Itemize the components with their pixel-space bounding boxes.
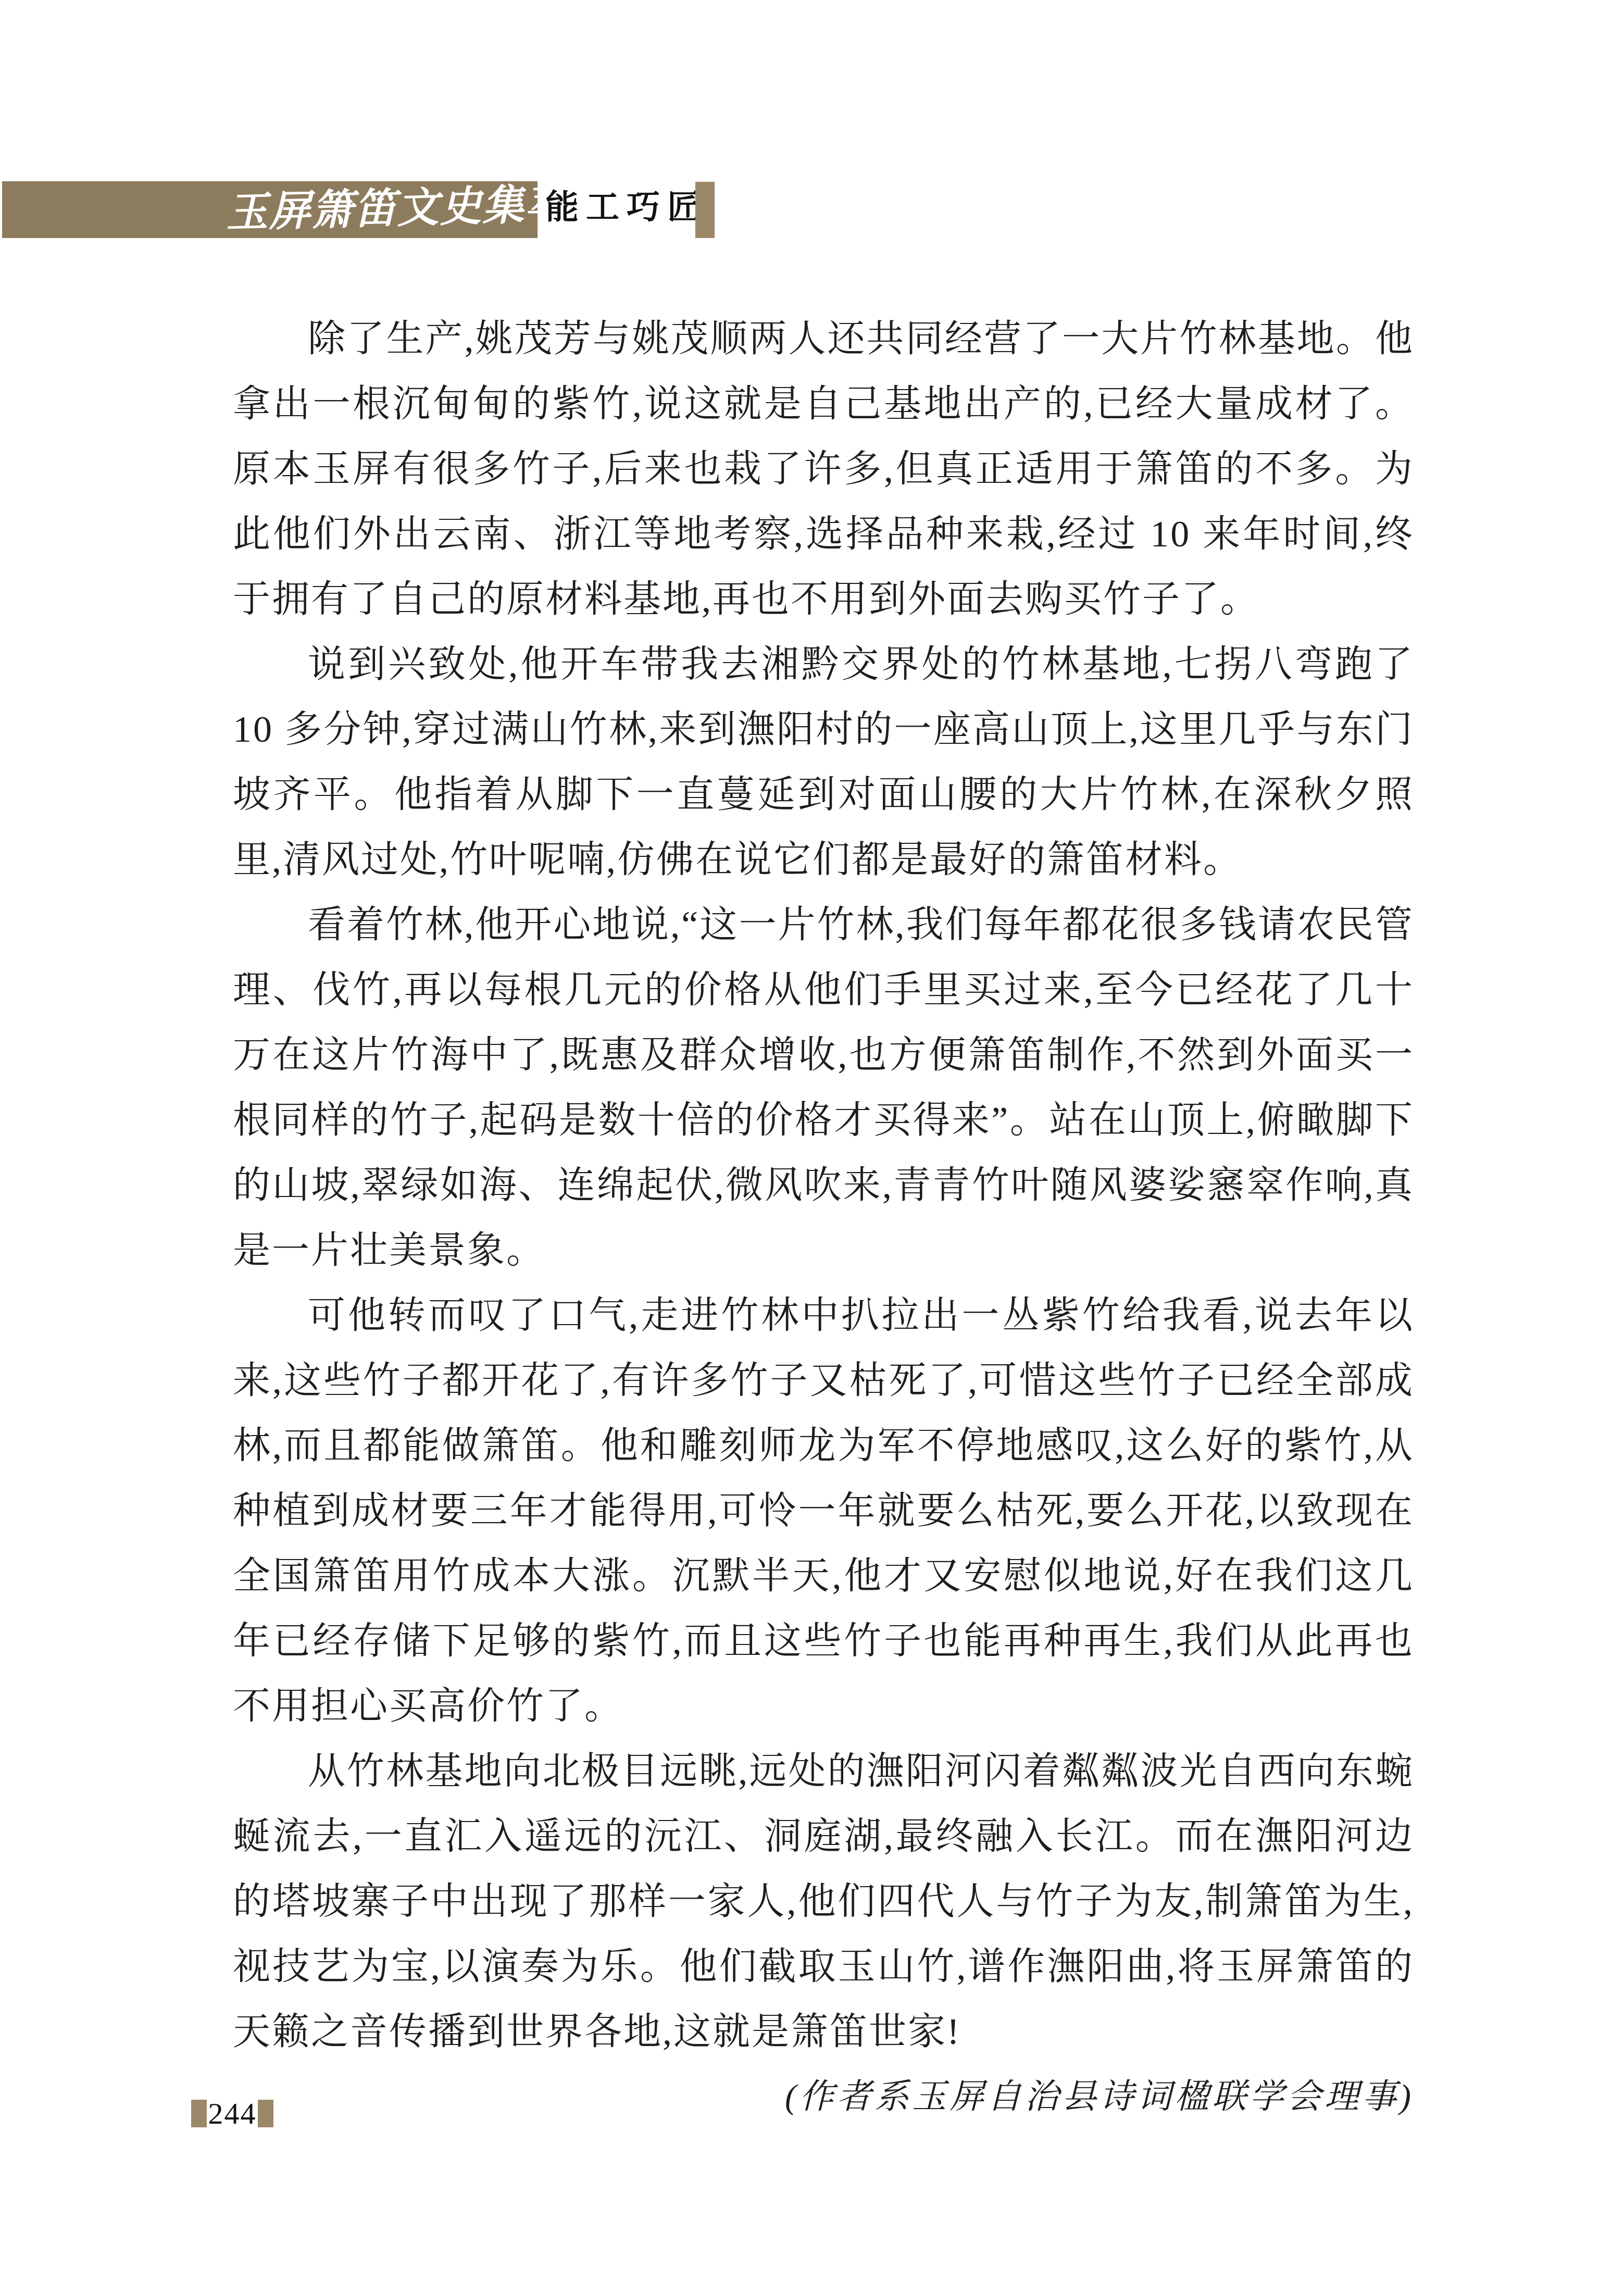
page-number: 244 — [207, 2100, 258, 2127]
author-signature: (作者系玉屏自治县诗词楹联学会理事) — [233, 2064, 1414, 2129]
section-title: 能工巧匠 — [545, 189, 708, 226]
footer-square-left — [191, 2100, 207, 2127]
paragraph: 可他转而叹了口气,走进竹林中扒拉出一丛紫竹给我看,说去年以来,这些竹子都开花了,… — [233, 1283, 1414, 1739]
page-footer: 244 — [191, 2100, 273, 2127]
header-band: 玉屏箫笛文史集萃 — [2, 181, 538, 238]
section-title-bar — [695, 182, 715, 238]
paragraph: 从竹林基地向北极目远眺,远处的潕阳河闪着粼粼波光自西向东蜿蜒流去,一直汇入遥远的… — [233, 1739, 1414, 2064]
paragraph: 除了生产,姚茂芳与姚茂顺两人还共同经营了一大片竹林基地。他拿出一根沉甸甸的紫竹,… — [233, 306, 1414, 632]
article-body: 除了生产,姚茂芳与姚茂顺两人还共同经营了一大片竹林基地。他拿出一根沉甸甸的紫竹,… — [233, 306, 1414, 2129]
banner-calligraphy-title: 玉屏箫笛文史集萃 — [226, 181, 534, 237]
book-page: 玉屏箫笛文史集萃 能工巧匠 除了生产,姚茂芳与姚茂顺两人还共同经营了一大片竹林基… — [0, 0, 1624, 2269]
paragraph: 说到兴致处,他开车带我去湘黔交界处的竹林基地,七拐八弯跑了 10 多分钟,穿过满… — [233, 632, 1414, 892]
paragraph: 看着竹林,他开心地说,“这一片竹林,我们每年都花很多钱请农民管理、伐竹,再以每根… — [233, 892, 1414, 1283]
footer-square-right — [258, 2100, 273, 2127]
